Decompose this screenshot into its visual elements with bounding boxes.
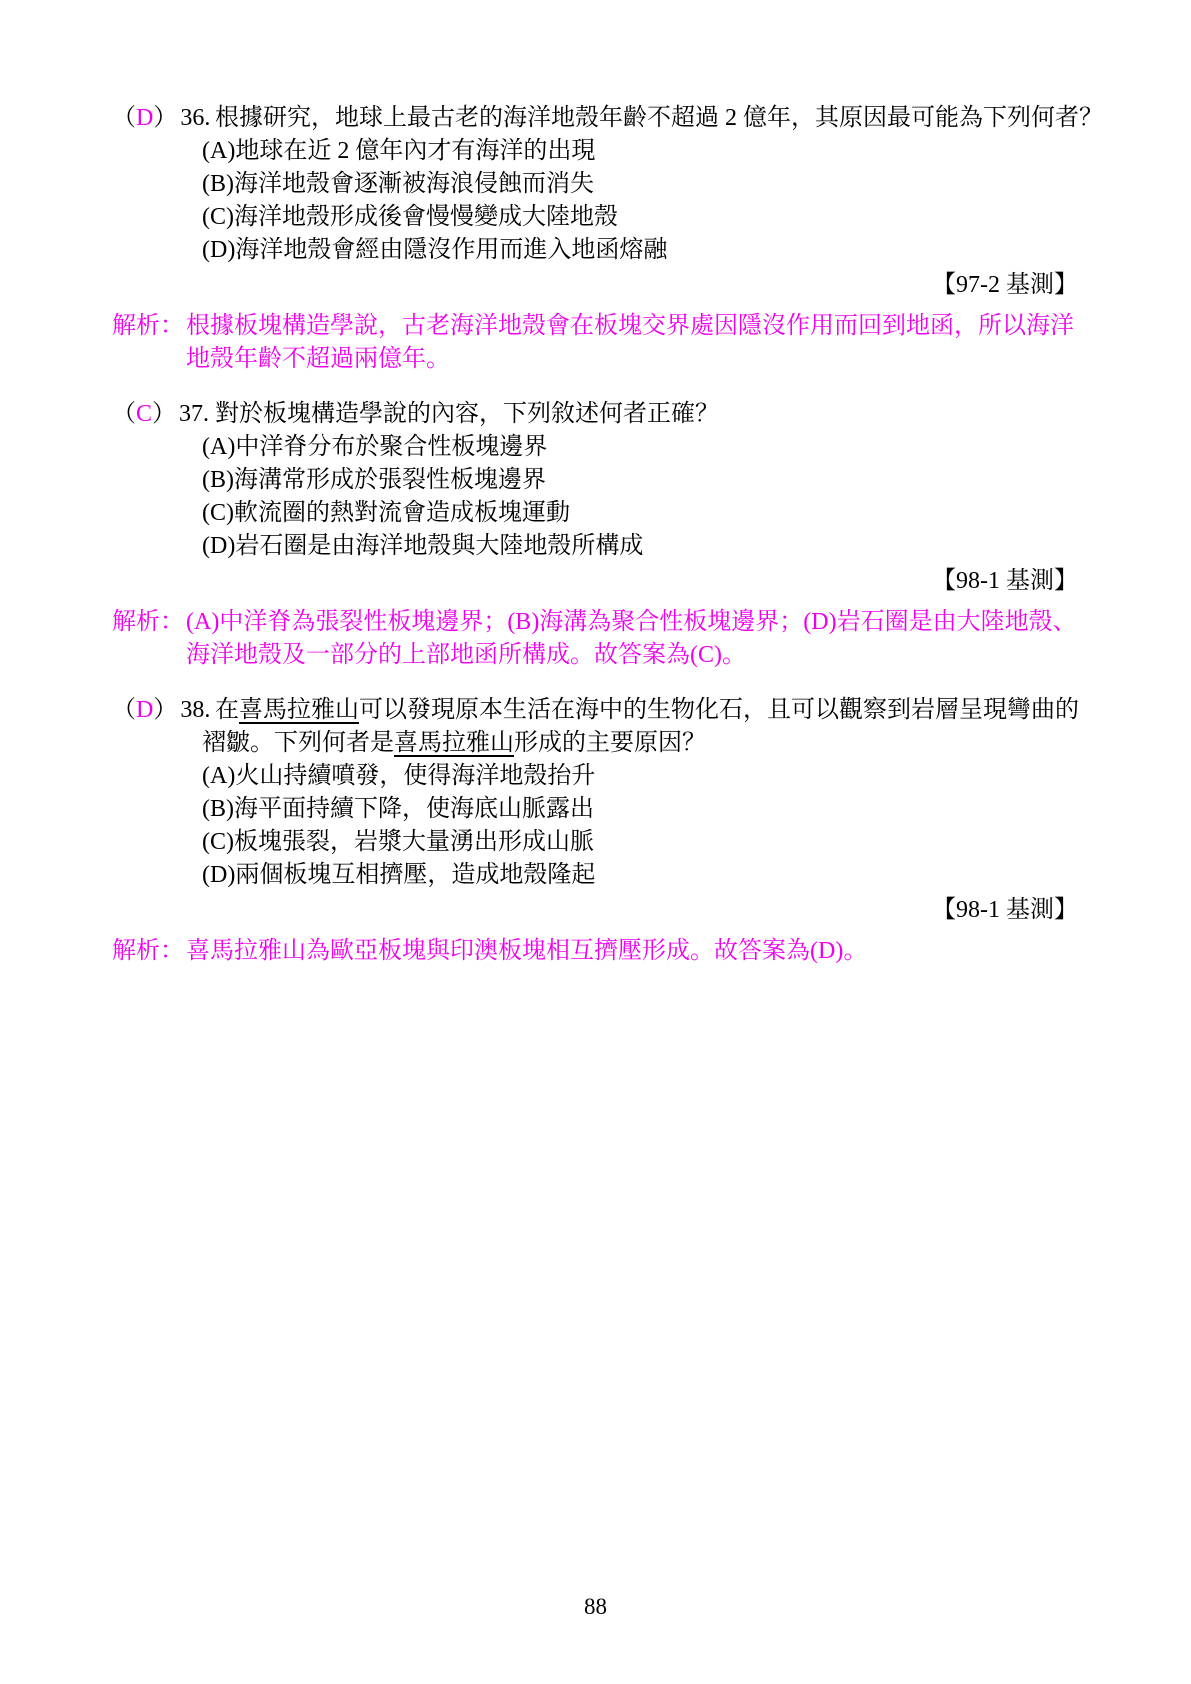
option-a: (A)地球在近 2 億年內才有海洋的出現 xyxy=(112,135,1078,168)
question-number: 36. xyxy=(180,105,210,131)
option-c: (C)板塊張裂，岩漿大量湧出形成山脈 xyxy=(112,826,1078,859)
analysis-line: 喜馬拉雅山為歐亞板塊與印澳板塊相互擠壓形成。故答案為(D)。 xyxy=(112,935,1078,968)
option-a: (A)火山持續噴發，使得海洋地殼抬升 xyxy=(112,760,1078,793)
question-number: 37. xyxy=(179,401,209,427)
stem-text: 褶皺。下列何者是 xyxy=(202,730,394,756)
close-paren: ） xyxy=(153,697,177,723)
question-37-options: (A)中洋脊分布於聚合性板塊邊界 (B)海溝常形成於張裂性板塊邊界 (C)軟流圈… xyxy=(112,431,1078,563)
close-paren: ） xyxy=(153,105,177,131)
option-c: (C)海洋地殼形成後會慢慢變成大陸地殼 xyxy=(112,201,1078,234)
analysis-label: 解析： xyxy=(112,606,184,639)
exam-source-tag: 【98-1 基測】 xyxy=(112,565,1078,598)
option-d: (D)岩石圈是由海洋地殼與大陸地殼所構成 xyxy=(112,530,1078,563)
analysis-label: 解析： xyxy=(112,310,184,343)
option-c: (C)軟流圈的熱對流會造成板塊運動 xyxy=(112,497,1078,530)
open-paren: （ xyxy=(112,401,136,427)
option-d: (D)海洋地殼會經由隱沒作用而進入地函熔融 xyxy=(112,234,1078,267)
exam-source-tag: 【97-2 基測】 xyxy=(112,269,1078,302)
underlined-term: 喜馬拉雅山 xyxy=(239,697,359,723)
answer-letter: D xyxy=(136,697,153,723)
stem-text: 形成的主要原因？ xyxy=(514,730,706,756)
open-paren: （ xyxy=(112,105,136,131)
question-38-stem-row: （D）38. 在喜馬拉雅山可以發現原本生活在海中的生物化石，且可以觀察到岩層呈現… xyxy=(112,694,1078,760)
option-b: (B)海平面持續下降，使海底山脈露出 xyxy=(112,793,1078,826)
question-stem-line-1: 在喜馬拉雅山可以發現原本生活在海中的生物化石，且可以觀察到岩層呈現彎曲的 xyxy=(112,694,1078,727)
exam-page-content: （D）36. 根據研究，地球上最古老的海洋地殼年齡不超過 2 億年，其原因最可能… xyxy=(112,102,1078,968)
answer-letter: D xyxy=(136,105,153,131)
question-36: （D）36. 根據研究，地球上最古老的海洋地殼年齡不超過 2 億年，其原因最可能… xyxy=(112,102,1078,376)
analysis-line: 地殼年齡不超過兩億年。 xyxy=(112,343,1078,376)
question-stem: 對於板塊構造學說的內容，下列敘述何者正確？ xyxy=(112,398,1078,431)
question-38-analysis: 解析： 喜馬拉雅山為歐亞板塊與印澳板塊相互擠壓形成。故答案為(D)。 xyxy=(112,935,1078,968)
question-36-options: (A)地球在近 2 億年內才有海洋的出現 (B)海洋地殼會逐漸被海浪侵蝕而消失 … xyxy=(112,135,1078,267)
question-37-stem-row: （C）37. 對於板塊構造學說的內容，下列敘述何者正確？ xyxy=(112,398,1078,431)
option-b: (B)海溝常形成於張裂性板塊邊界 xyxy=(112,464,1078,497)
question-number: 38. xyxy=(180,697,210,723)
exam-source-tag: 【98-1 基測】 xyxy=(112,894,1078,927)
question-38-options: (A)火山持續噴發，使得海洋地殼抬升 (B)海平面持續下降，使海底山脈露出 (C… xyxy=(112,760,1078,892)
close-paren: ） xyxy=(152,401,176,427)
question-38-answer-prefix: （D）38. xyxy=(112,694,210,727)
open-paren: （ xyxy=(112,697,136,723)
stem-text: 在 xyxy=(215,697,239,723)
answer-letter: C xyxy=(136,401,152,427)
question-37: （C）37. 對於板塊構造學說的內容，下列敘述何者正確？ (A)中洋脊分布於聚合… xyxy=(112,398,1078,672)
question-38: （D）38. 在喜馬拉雅山可以發現原本生活在海中的生物化石，且可以觀察到岩層呈現… xyxy=(112,694,1078,968)
option-d: (D)兩個板塊互相擠壓，造成地殼隆起 xyxy=(112,859,1078,892)
question-36-stem-row: （D）36. 根據研究，地球上最古老的海洋地殼年齡不超過 2 億年，其原因最可能… xyxy=(112,102,1078,135)
analysis-line: 海洋地殼及一部分的上部地函所構成。故答案為(C)。 xyxy=(112,639,1078,672)
question-stem-line-2: 褶皺。下列何者是喜馬拉雅山形成的主要原因？ xyxy=(112,727,1078,760)
question-stem: 根據研究，地球上最古老的海洋地殼年齡不超過 2 億年，其原因最可能為下列何者？ xyxy=(112,102,1078,135)
question-36-analysis: 解析： 根據板塊構造學說，古老海洋地殼會在板塊交界處因隱沒作用而回到地函，所以海… xyxy=(112,310,1078,376)
underlined-term: 喜馬拉雅山 xyxy=(394,730,514,756)
option-a: (A)中洋脊分布於聚合性板塊邊界 xyxy=(112,431,1078,464)
analysis-line: (A)中洋脊為張裂性板塊邊界；(B)海溝為聚合性板塊邊界；(D)岩石圈是由大陸地… xyxy=(112,606,1078,639)
option-b: (B)海洋地殼會逐漸被海浪侵蝕而消失 xyxy=(112,168,1078,201)
question-36-answer-prefix: （D）36. xyxy=(112,102,210,135)
page-number: 88 xyxy=(0,1590,1191,1623)
question-37-analysis: 解析： (A)中洋脊為張裂性板塊邊界；(B)海溝為聚合性板塊邊界；(D)岩石圈是… xyxy=(112,606,1078,672)
analysis-line: 根據板塊構造學說，古老海洋地殼會在板塊交界處因隱沒作用而回到地函，所以海洋 xyxy=(112,310,1078,343)
analysis-label: 解析： xyxy=(112,935,184,968)
stem-text: 可以發現原本生活在海中的生物化石，且可以觀察到岩層呈現彎曲的 xyxy=(359,697,1079,723)
question-37-answer-prefix: （C）37. xyxy=(112,398,209,431)
